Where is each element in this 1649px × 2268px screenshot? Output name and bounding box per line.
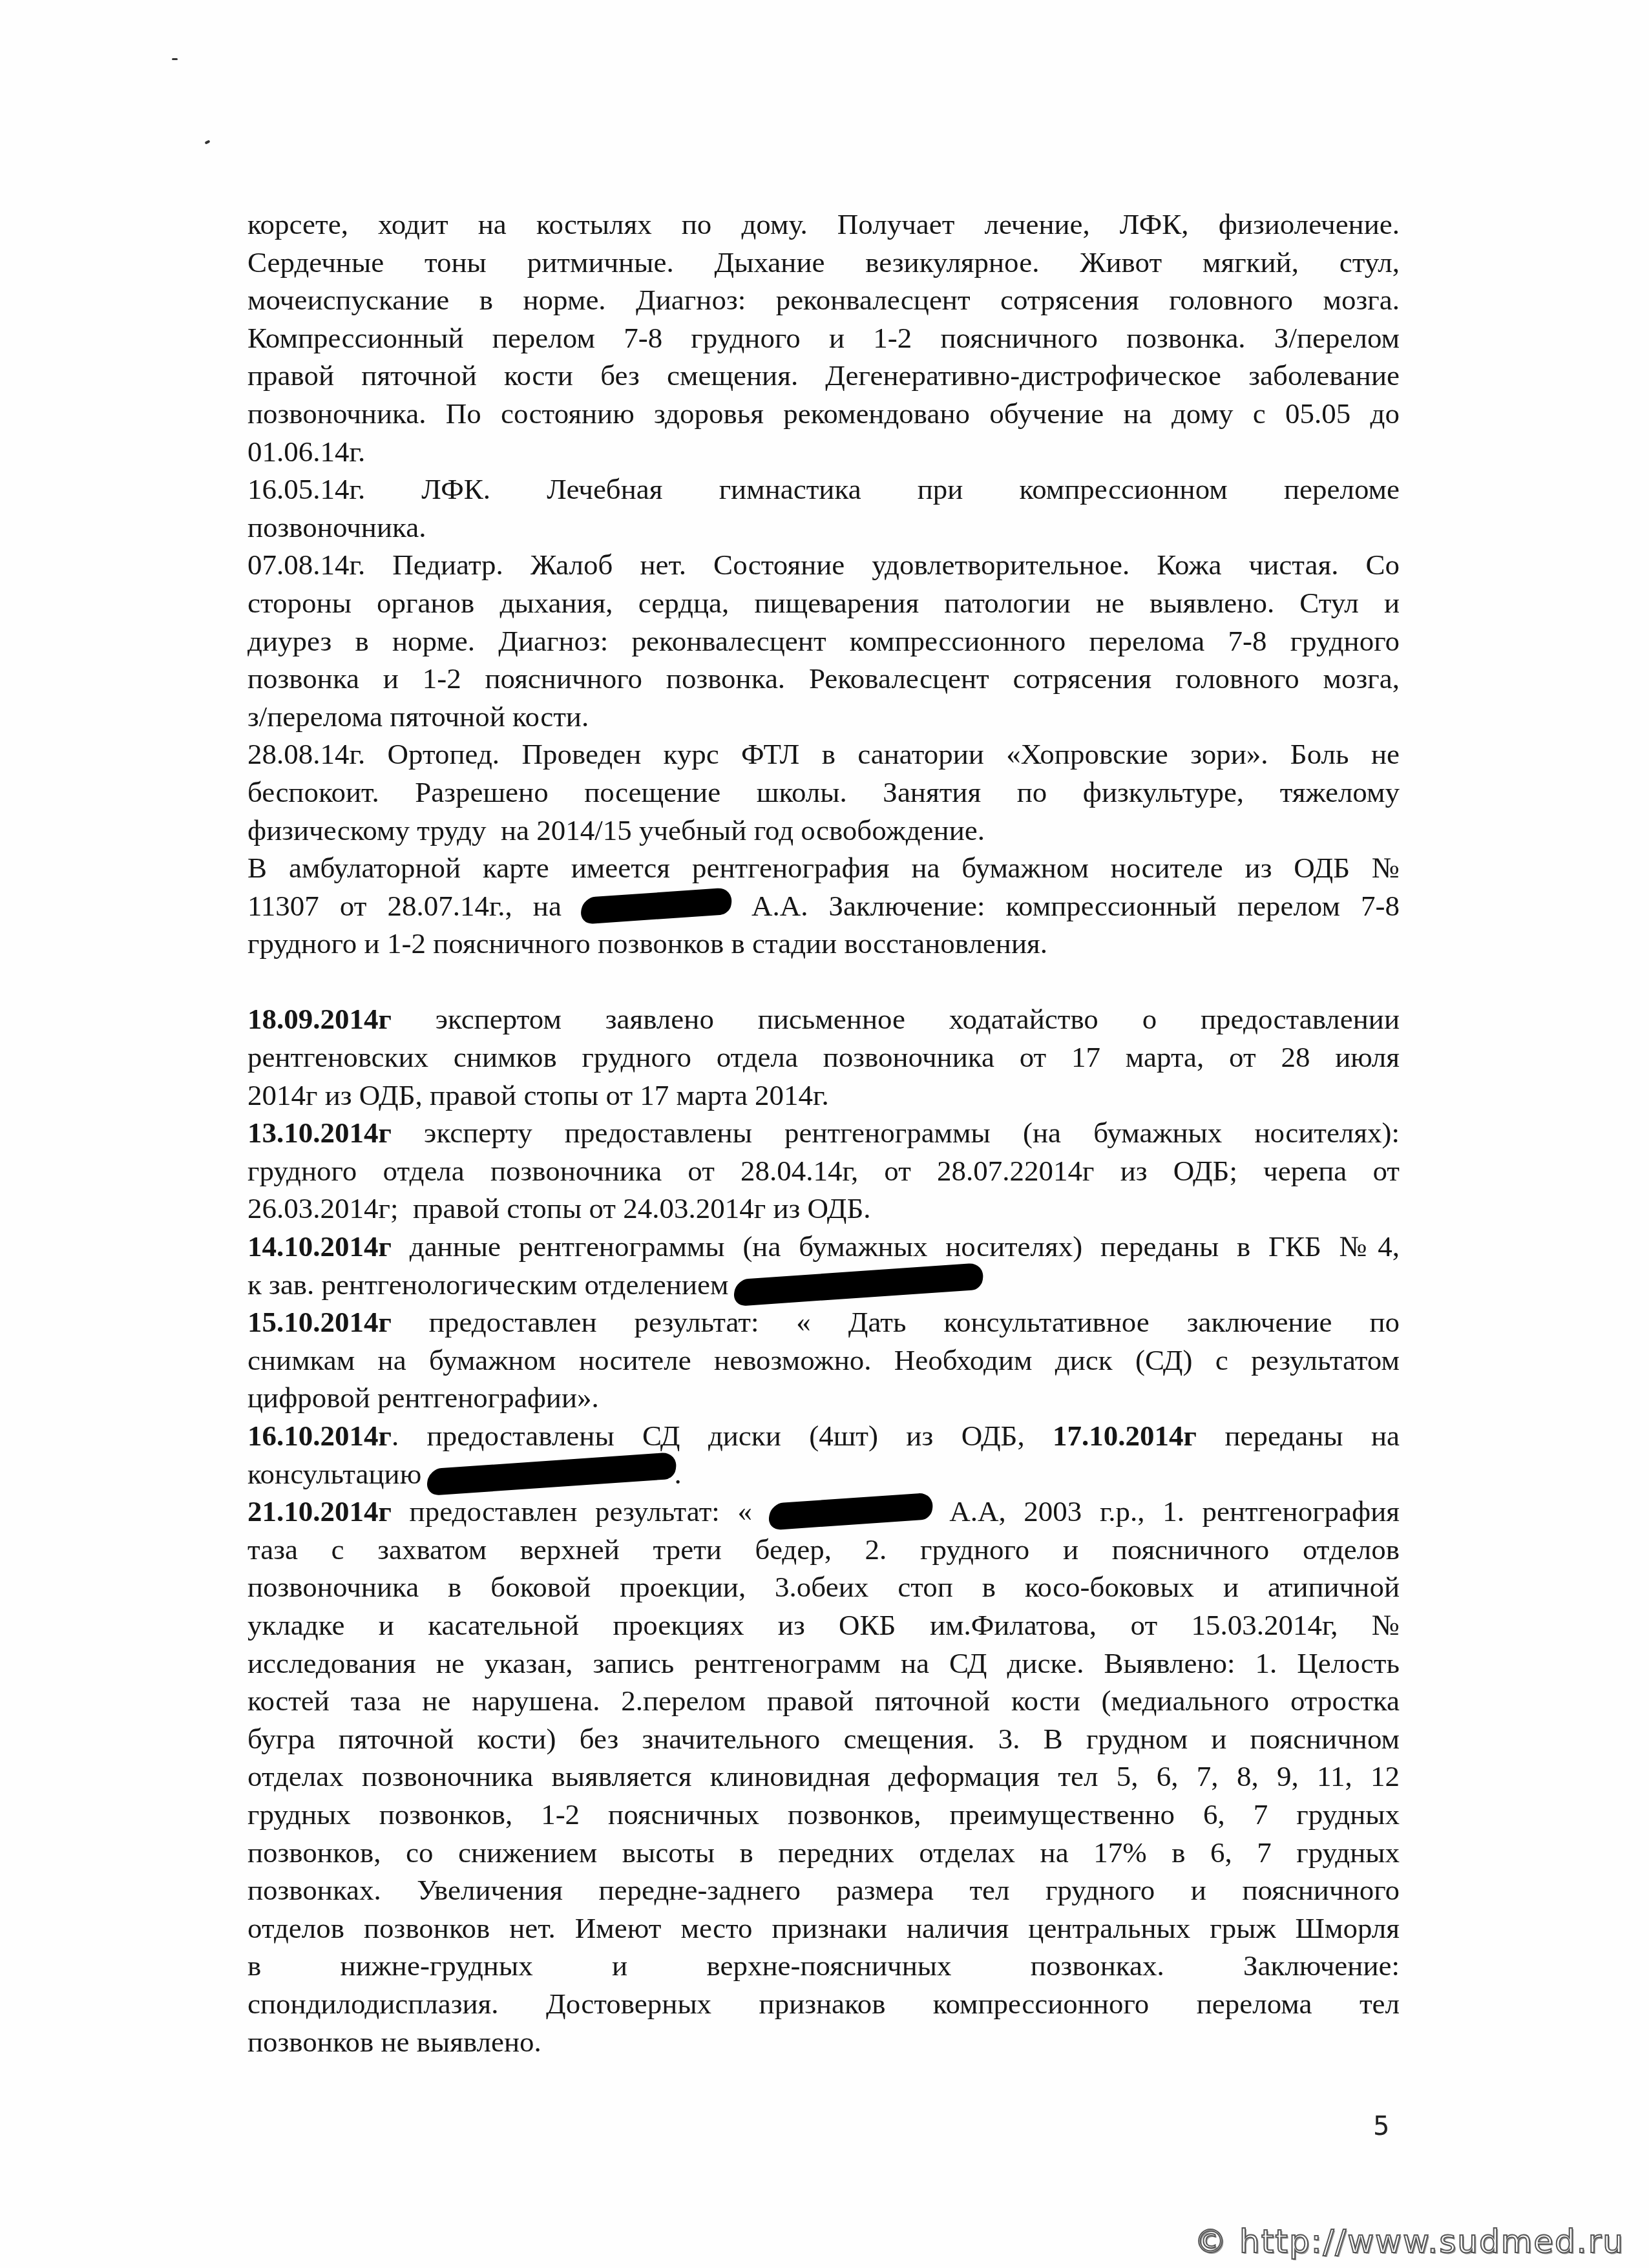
text-span: А.А. Заключение: компрессионный перелом … <box>731 890 1400 922</box>
text-span: укладке и касательной проекциях из ОКБ и… <box>247 1609 1400 1641</box>
text-span: консультацию <box>247 1458 429 1490</box>
text-span: бугра пяточной кости) без значительного … <box>247 1723 1400 1755</box>
text-span: грудного и 1-2 поясничного позвонков в с… <box>247 927 1047 960</box>
paragraph: 28.08.14г. Ортопед. Проведен курс ФТЛ в … <box>247 735 1400 849</box>
text-line: 18.09.2014г экспертом заявлено письменно… <box>247 1000 1400 1038</box>
text-span: переданы на <box>1197 1420 1400 1452</box>
text-line: таза с захватом верхней трети бедер, 2. … <box>247 1531 1400 1569</box>
paragraph: 16.05.14г. ЛФК. Лечебная гимнастика при … <box>247 470 1400 546</box>
text-line: позвонка и 1-2 поясничного позвонка. Рек… <box>247 660 1400 698</box>
date-bold: 16.10.2014г <box>247 1420 392 1452</box>
text-span: 28.08.14г. Ортопед. Проведен курс ФТЛ в … <box>247 738 1400 770</box>
text-span: мочеиспускание в норме. Диагноз: реконва… <box>247 284 1400 316</box>
text-span: данные рентгенограммы (на бумажных носит… <box>392 1230 1400 1263</box>
redaction-mark <box>731 1262 985 1306</box>
text-span: позвонков, со снижением высоты в передни… <box>247 1836 1400 1869</box>
text-span: в нижне-грудных и верхне-поясничных позв… <box>247 1949 1400 1982</box>
text-line: бугра пяточной кости) без значительного … <box>247 1720 1400 1758</box>
text-line: з/перелома пяточной кости. <box>247 698 1400 736</box>
text-line: мочеиспускание в норме. Диагноз: реконва… <box>247 281 1400 319</box>
text-span: позвонка и 1-2 поясничного позвонка. Рек… <box>247 662 1400 695</box>
text-span: предоставлен результат: « <box>392 1495 770 1528</box>
text-span: грудных позвонков, 1-2 поясничных позвон… <box>247 1798 1400 1831</box>
text-line: 01.06.14г. <box>247 433 1400 471</box>
text-span: отделов позвонков нет. Имеют место призн… <box>247 1912 1400 1944</box>
text-span: отделах позвоночника выявляется клиновид… <box>247 1760 1400 1792</box>
text-line: позвоночника. По состоянию здоровья реко… <box>247 395 1400 433</box>
text-span: костей таза не нарушена. 2.перелом право… <box>247 1685 1400 1717</box>
text-line: отделов позвонков нет. Имеют место призн… <box>247 1909 1400 1948</box>
text-line: к зав. рентгенологическим отделением <box>247 1266 1400 1304</box>
text-line: позвонков не выявлено. <box>247 2023 1400 2061</box>
document-body: корсете, ходит на костылях по дому. Полу… <box>247 205 1400 2061</box>
text-line: В амбулаторной карте имеется рентгеногра… <box>247 849 1400 887</box>
text-line: рентгеновских снимков грудного отдела по… <box>247 1038 1400 1076</box>
paragraph: 07.08.14г. Педиатр. Жалоб нет. Состояние… <box>247 546 1400 735</box>
text-line: в нижне-грудных и верхне-поясничных позв… <box>247 1947 1400 1985</box>
text-span: предоставлен результат: « Дать консульта… <box>392 1306 1400 1338</box>
date-bold: 14.10.2014г <box>247 1230 392 1263</box>
text-line: 14.10.2014г данные рентгенограммы (на бу… <box>247 1228 1400 1266</box>
paragraph-spacer <box>247 963 1400 1001</box>
document-page: корсете, ходит на костылях по дому. Полу… <box>0 0 1649 2268</box>
date-bold: 18.09.2014г <box>247 1003 392 1035</box>
text-span: эксперту предоставлены рентгенограммы (н… <box>392 1117 1400 1149</box>
text-line: 16.10.2014г. предоставлены СД диски (4шт… <box>247 1417 1400 1455</box>
redaction-mark <box>766 1493 935 1531</box>
text-line: позвонков, со снижением высоты в передни… <box>247 1834 1400 1872</box>
text-span: физическому труду на 2014/15 учебный год… <box>247 814 985 846</box>
paragraph: 21.10.2014г предоставлен результат: « А.… <box>247 1493 1400 2061</box>
text-line: диурез в норме. Диагноз: реконвалесцент … <box>247 622 1400 660</box>
text-line: цифровой рентгенографии». <box>247 1379 1400 1417</box>
text-span: з/перелома пяточной кости. <box>247 700 589 733</box>
text-line: позвоночника в боковой проекции, 3.обеих… <box>247 1568 1400 1606</box>
paragraph: В амбулаторной карте имеется рентгеногра… <box>247 849 1400 963</box>
text-line: 07.08.14г. Педиатр. Жалоб нет. Состояние… <box>247 546 1400 584</box>
watermark: © http://www.sudmed.ru <box>1194 2223 1624 2260</box>
text-line: 13.10.2014г эксперту предоставлены рентг… <box>247 1114 1400 1152</box>
text-line: 11307 от 28.07.14г., на А.А. Заключение:… <box>247 887 1400 925</box>
text-span: Сердечные тоны ритмичные. Дыхание везику… <box>247 246 1400 278</box>
text-span: 16.05.14г. ЛФК. Лечебная гимнастика при … <box>247 473 1400 505</box>
text-span: спондилодисплазия. Достоверных признаков… <box>247 1988 1400 2020</box>
paragraph: 16.10.2014г. предоставлены СД диски (4шт… <box>247 1417 1400 1493</box>
text-span: позвоночника в боковой проекции, 3.обеих… <box>247 1571 1400 1603</box>
scan-speck <box>172 58 178 60</box>
text-span: В амбулаторной карте имеется рентгеногра… <box>247 852 1400 884</box>
text-line: снимкам на бумажном носителе невозможно.… <box>247 1341 1400 1380</box>
page-number: 5 <box>1373 2112 1389 2141</box>
text-span: 01.06.14г. <box>247 436 365 468</box>
text-line: 26.03.2014г; правой стопы от 24.03.2014г… <box>247 1190 1400 1228</box>
text-span: . предоставлены СД диски (4шт) из ОДБ, <box>392 1420 1053 1452</box>
text-span: беспокоит. Разрешено посещение школы. За… <box>247 776 1400 808</box>
text-span: позвонках. Увеличения передне-заднего ра… <box>247 1874 1400 1906</box>
text-line: костей таза не нарушена. 2.перелом право… <box>247 1682 1400 1720</box>
text-line: укладке и касательной проекциях из ОКБ и… <box>247 1606 1400 1644</box>
paragraph: 18.09.2014г экспертом заявлено письменно… <box>247 1000 1400 1114</box>
text-span: позвоночника. По состоянию здоровья реко… <box>247 397 1400 430</box>
text-span: Компрессионный перелом 7-8 грудного и 1-… <box>247 322 1400 354</box>
text-span: к зав. рентгенологическим отделением <box>247 1268 736 1301</box>
redaction-mark <box>578 887 734 925</box>
text-line: отделах позвоночника выявляется клиновид… <box>247 1758 1400 1796</box>
text-span: 26.03.2014г; правой стопы от 24.03.2014г… <box>247 1192 871 1224</box>
text-span: стороны органов дыхания, сердца, пищевар… <box>247 587 1400 619</box>
text-line: позвонках. Увеличения передне-заднего ра… <box>247 1871 1400 1909</box>
text-span: рентгеновских снимков грудного отдела по… <box>247 1041 1400 1073</box>
text-span: позвонков не выявлено. <box>247 2026 541 2058</box>
text-line: физическому труду на 2014/15 учебный год… <box>247 812 1400 850</box>
paragraph: 13.10.2014г эксперту предоставлены рентг… <box>247 1114 1400 1228</box>
redaction-mark <box>425 1451 678 1495</box>
text-line: 21.10.2014г предоставлен результат: « А.… <box>247 1493 1400 1531</box>
scan-speck <box>205 140 211 144</box>
text-line: консультацию . <box>247 1455 1400 1493</box>
text-span: грудного отдела позвоночника от 28.04.14… <box>247 1155 1400 1187</box>
date-bold: 13.10.2014г <box>247 1117 392 1149</box>
text-line: грудных позвонков, 1-2 поясничных позвон… <box>247 1796 1400 1834</box>
date-bold: 15.10.2014г <box>247 1306 392 1338</box>
text-line: грудного отдела позвоночника от 28.04.14… <box>247 1152 1400 1190</box>
text-line: 15.10.2014г предоставлен результат: « Да… <box>247 1303 1400 1341</box>
text-span: 07.08.14г. Педиатр. Жалоб нет. Состояние… <box>247 549 1400 581</box>
text-span: А.А, 2003 г.р., 1. рентгенография <box>932 1495 1400 1528</box>
text-line: 28.08.14г. Ортопед. Проведен курс ФТЛ в … <box>247 735 1400 773</box>
paragraph: корсете, ходит на костылях по дому. Полу… <box>247 205 1400 470</box>
text-line: правой пяточной кости без смещения. Деге… <box>247 357 1400 395</box>
text-span: экспертом заявлено письменное ходатайств… <box>392 1003 1400 1035</box>
text-span: позвоночника. <box>247 511 426 543</box>
text-line: 2014г из ОДБ, правой стопы от 17 марта 2… <box>247 1076 1400 1115</box>
text-line: корсете, ходит на костылях по дому. Полу… <box>247 205 1400 244</box>
text-line: спондилодисплазия. Достоверных признаков… <box>247 1985 1400 2023</box>
text-line: 16.05.14г. ЛФК. Лечебная гимнастика при … <box>247 470 1400 509</box>
date-bold: 21.10.2014г <box>247 1495 392 1528</box>
text-span: цифровой рентгенографии». <box>247 1381 599 1414</box>
date-bold: 17.10.2014г <box>1053 1420 1197 1452</box>
text-span: 2014г из ОДБ, правой стопы от 17 марта 2… <box>247 1079 829 1111</box>
text-line: позвоночника. <box>247 509 1400 547</box>
text-span: снимкам на бумажном носителе невозможно.… <box>247 1344 1400 1376</box>
text-line: исследования не указан, запись рентгеног… <box>247 1644 1400 1683</box>
text-line: беспокоит. Разрешено посещение школы. За… <box>247 773 1400 812</box>
text-line: стороны органов дыхания, сердца, пищевар… <box>247 584 1400 622</box>
text-span: исследования не указан, запись рентгеног… <box>247 1647 1400 1679</box>
paragraph: 14.10.2014г данные рентгенограммы (на бу… <box>247 1228 1400 1303</box>
text-span: корсете, ходит на костылях по дому. Полу… <box>247 208 1400 240</box>
text-line: грудного и 1-2 поясничного позвонков в с… <box>247 925 1400 963</box>
paragraph: 15.10.2014г предоставлен результат: « Да… <box>247 1303 1400 1417</box>
text-span: 11307 от 28.07.14г., на <box>247 890 582 922</box>
text-span: диурез в норме. Диагноз: реконвалесцент … <box>247 625 1400 657</box>
text-span: правой пяточной кости без смещения. Деге… <box>247 359 1400 392</box>
text-line: Компрессионный перелом 7-8 грудного и 1-… <box>247 319 1400 357</box>
text-line: Сердечные тоны ритмичные. Дыхание везику… <box>247 244 1400 282</box>
text-span: таза с захватом верхней трети бедер, 2. … <box>247 1533 1400 1566</box>
